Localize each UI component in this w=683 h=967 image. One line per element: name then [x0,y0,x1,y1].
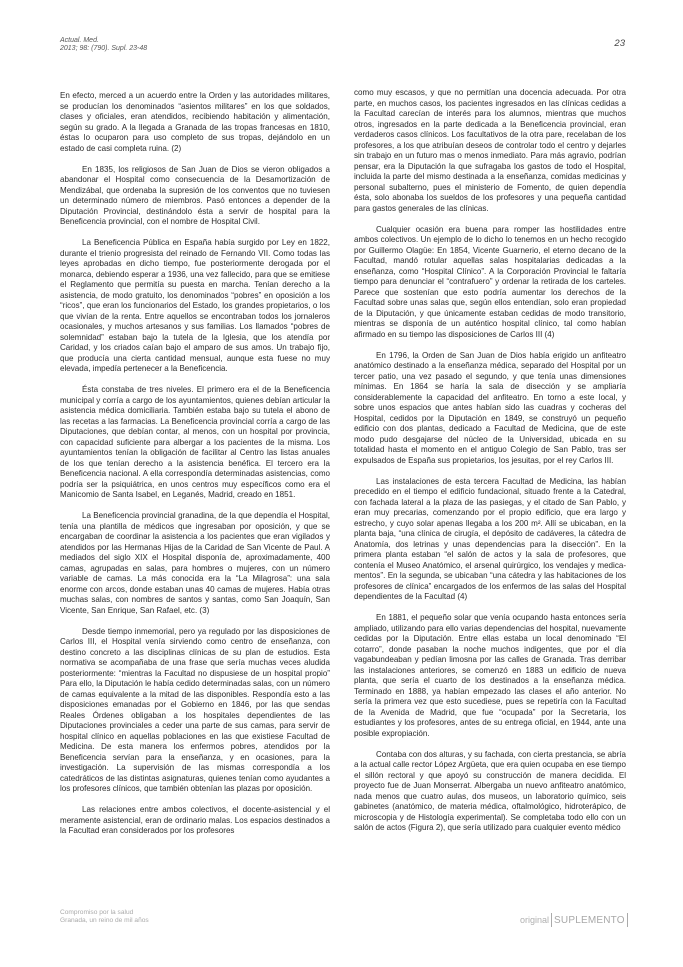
paragraph: Las relaciones entre ambos colectivos, e… [60,805,330,837]
journal-name: Actual. Med. [60,37,147,45]
section-original: original [520,915,549,925]
divider [627,913,628,927]
paragraph: En efecto, merced a un acuerdo entre la … [60,91,330,154]
paragraph: Ésta constaba de tres niveles. El primer… [60,385,330,501]
paragraph: En 1835, los religiosos de San Juan de D… [60,165,330,228]
journal-citation: 2013; 98: (790). Supl. 23-48 [60,45,147,53]
footer-tagline: Compromiso por la salud Granada, un rein… [60,909,149,924]
paragraph: La Beneficencia Pública en España había … [60,238,330,375]
running-header: Actual. Med. 2013; 98: (790). Supl. 23-4… [60,37,147,53]
section-supplement: SUPLEMENTO [554,915,625,926]
paragraph: como muy escasos, y que no permitían una… [354,88,626,214]
paragraph: En 1796, la Orden de San Juan de Dios ha… [354,351,626,467]
footer-tagline-line-2: Granada, un reino de mil años [60,917,149,925]
footer-tagline-line-1: Compromiso por la salud [60,909,149,917]
paragraph: Contaba con dos alturas, y su fachada, c… [354,750,626,834]
paragraph: Cualquier ocasión era buena para romper … [354,225,626,341]
left-column: En efecto, merced a un acuerdo entre la … [60,91,330,847]
page-number: 23 [614,38,625,49]
section-label: original SUPLEMENTO [520,913,630,927]
right-column: como muy escasos, y que no permitían una… [354,88,626,844]
paragraph: Las instalaciones de esta tercera Facult… [354,477,626,603]
divider [551,913,552,927]
paragraph: Desde tiempo inmemorial, pero ya regulad… [60,627,330,795]
paragraph: La Beneficencia provincial granadina, de… [60,511,330,616]
paragraph: En 1881, el pequeño solar que venía ocup… [354,613,626,739]
